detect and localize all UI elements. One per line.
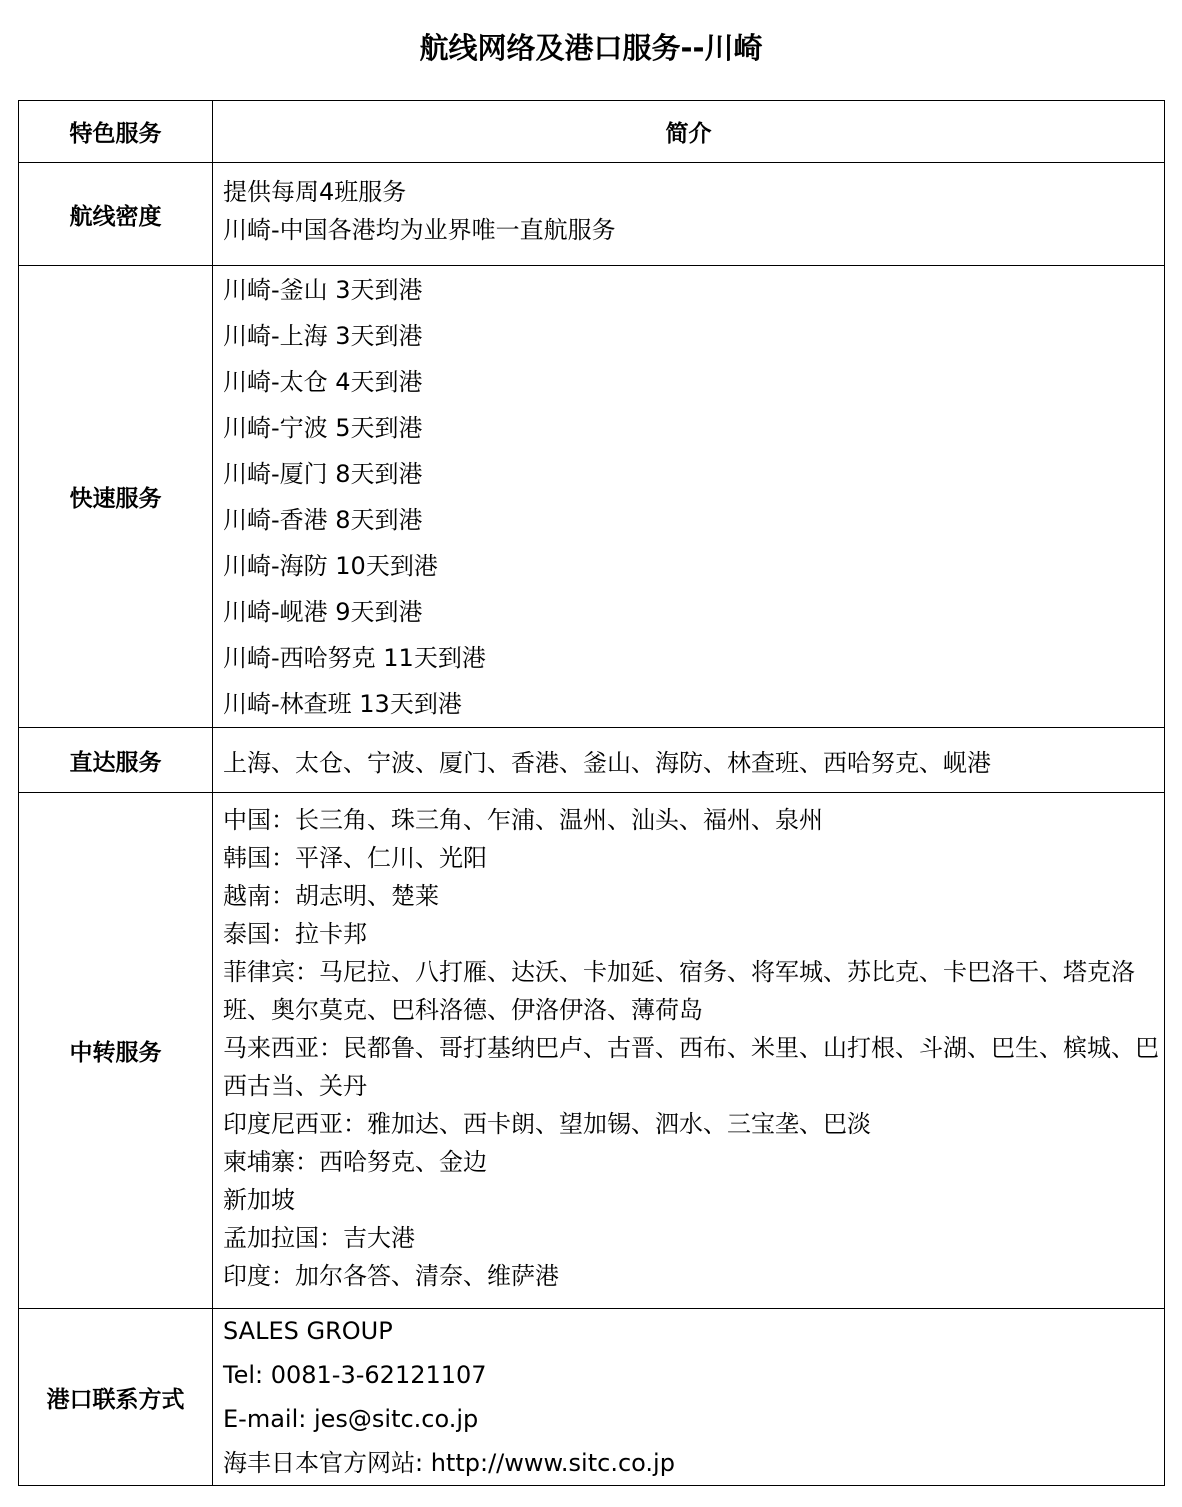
content-line: 中国：长三角、珠三角、乍浦、温州、汕头、福州、泉州 (223, 801, 1164, 839)
table-row-fast-service: 快速服务 川崎-釜山 3天到港 川崎-上海 3天到港 川崎-太仓 4天到港 川崎… (19, 266, 1165, 728)
content-line: 柬埔寨：西哈努克、金边 (223, 1143, 1164, 1181)
table-row-route-density: 航线密度 提供每周4班服务 川崎-中国各港均为业界唯一直航服务 (19, 163, 1165, 266)
contact-website[interactable]: 海丰日本官方网站: http://www.sitc.co.jp (223, 1441, 1164, 1485)
service-table: 特色服务 简介 航线密度 提供每周4班服务 川崎-中国各港均为业界唯一直航服务 … (18, 100, 1165, 1486)
content-line: 川崎-上海 3天到港 (223, 313, 1164, 359)
content-line: 韩国：平泽、仁川、光阳 (223, 839, 1164, 877)
content-line: 川崎-西哈努克 11天到港 (223, 635, 1164, 681)
content-line: 马来西亚：民都鲁、哥打基纳巴卢、古晋、西布、米里、山打根、斗湖、巴生、槟城、巴西… (223, 1029, 1164, 1105)
content-line: 川崎-厦门 8天到港 (223, 451, 1164, 497)
contact-phone: Tel: 0081-3-62121107 (223, 1353, 1164, 1397)
content-line: 菲律宾：马尼拉、八打雁、达沃、卡加延、宿务、将军城、苏比克、卡巴洛干、塔克洛班、… (223, 953, 1164, 1029)
content-line: 越南：胡志明、楚莱 (223, 877, 1164, 915)
content-line: 川崎-岘港 9天到港 (223, 589, 1164, 635)
row-label: 直达服务 (19, 728, 213, 793)
header-description: 简介 (213, 101, 1165, 163)
content-line: 印度：加尔各答、清奈、维萨港 (223, 1257, 1164, 1295)
content-line: 上海、太仓、宁波、厦门、香港、釜山、海防、林查班、西哈努克、岘港 (223, 743, 1164, 778)
content-line: 提供每周4班服务 (223, 173, 1164, 211)
table-row-port-contact: 港口联系方式 SALES GROUP Tel: 0081-3-62121107 … (19, 1309, 1165, 1486)
content-line: 新加坡 (223, 1181, 1164, 1219)
header-feature: 特色服务 (19, 101, 213, 163)
content-line: 川崎-香港 8天到港 (223, 497, 1164, 543)
content-line: 川崎-海防 10天到港 (223, 543, 1164, 589)
row-content: 上海、太仓、宁波、厦门、香港、釜山、海防、林查班、西哈努克、岘港 (213, 728, 1165, 793)
row-label: 航线密度 (19, 163, 213, 266)
contact-group-name: SALES GROUP (223, 1309, 1164, 1353)
content-line: 孟加拉国：吉大港 (223, 1219, 1164, 1257)
row-content: 川崎-釜山 3天到港 川崎-上海 3天到港 川崎-太仓 4天到港 川崎-宁波 5… (213, 266, 1165, 728)
content-line: 泰国：拉卡邦 (223, 915, 1164, 953)
content-line: 川崎-釜山 3天到港 (223, 267, 1164, 313)
row-label: 中转服务 (19, 793, 213, 1309)
content-line: 川崎-宁波 5天到港 (223, 405, 1164, 451)
row-content: SALES GROUP Tel: 0081-3-62121107 E-mail:… (213, 1309, 1165, 1486)
content-line: 川崎-太仓 4天到港 (223, 359, 1164, 405)
row-label: 快速服务 (19, 266, 213, 728)
content-line: 印度尼西亚：雅加达、西卡朗、望加锡、泗水、三宝垄、巴淡 (223, 1105, 1164, 1143)
page-title: 航线网络及港口服务--川崎 (0, 28, 1182, 68)
row-label: 港口联系方式 (19, 1309, 213, 1486)
content-line: 川崎-中国各港均为业界唯一直航服务 (223, 211, 1164, 249)
content-line: 川崎-林查班 13天到港 (223, 681, 1164, 727)
row-content: 提供每周4班服务 川崎-中国各港均为业界唯一直航服务 (213, 163, 1165, 266)
row-content: 中国：长三角、珠三角、乍浦、温州、汕头、福州、泉州 韩国：平泽、仁川、光阳 越南… (213, 793, 1165, 1309)
contact-email[interactable]: E-mail: jes@sitc.co.jp (223, 1397, 1164, 1441)
table-row-direct-service: 直达服务 上海、太仓、宁波、厦门、香港、釜山、海防、林查班、西哈努克、岘港 (19, 728, 1165, 793)
table-row-transit-service: 中转服务 中国：长三角、珠三角、乍浦、温州、汕头、福州、泉州 韩国：平泽、仁川、… (19, 793, 1165, 1309)
table-header-row: 特色服务 简介 (19, 101, 1165, 163)
